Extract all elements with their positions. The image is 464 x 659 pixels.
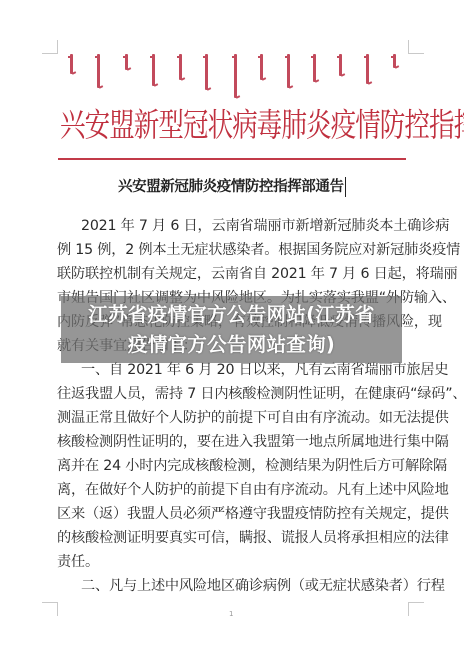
letterhead-red-rule <box>58 158 406 160</box>
mongolian-script-letterhead <box>0 54 464 102</box>
mongolian-word <box>70 54 73 74</box>
mongolian-word <box>313 54 316 82</box>
mongolian-word <box>260 54 263 80</box>
page-corner-mark-top-left <box>42 40 58 54</box>
body-line: 离，在做好个人防护的前提下自由有序流动。凡有上述中风险地 <box>57 479 409 501</box>
caption-overlay: 江苏省疫情官方公告网站(江苏省 疫情官方公告网站查询) <box>61 296 402 363</box>
mongolian-word <box>366 54 369 84</box>
body-line: 往返我盟人员，需持 7 日内核酸检测阴性证明，在健康码“绿码”、 <box>57 383 409 405</box>
body-line: 的核酸检测证明要真实可信，瞒报、谎报人员将承担相应的法律 <box>57 527 409 549</box>
mongolian-word <box>339 54 342 76</box>
letterhead-title: 兴安盟新型冠状病毒肺炎疫情防控指挥部 <box>60 98 406 154</box>
body-line: 2021 年 7 月 6 日，云南省瑞丽市新增新冠肺炎本土确诊病 <box>81 215 409 237</box>
mongolian-word <box>393 54 396 68</box>
body-line: 区来（返）我盟人员必须严格遵守我盟疫情防控有关规定，提供 <box>57 503 409 525</box>
body-line: 责任。 <box>57 551 409 573</box>
page-number: 1 <box>229 610 233 618</box>
caption-line-2: 疫情官方公告网站查询) <box>61 330 402 360</box>
page-corner-mark-top-right <box>408 40 424 54</box>
body-line: 二、凡与上述中风险地区确诊病例（或无症状感染者）行程 <box>81 575 409 597</box>
body-line: 测温正常且做好个人防护的前提下可自由有序流动。如无法提供 <box>57 407 409 429</box>
mongolian-word <box>205 54 208 90</box>
mongolian-word <box>152 54 155 86</box>
mongolian-word <box>234 54 237 98</box>
text-cursor <box>345 177 346 197</box>
caption-line-1: 江苏省疫情官方公告网站(江苏省 <box>61 300 402 330</box>
mongolian-word <box>125 54 128 70</box>
body-line: 核酸检测阴性证明的，要在进入我盟第一地点所属地进行集中隔 <box>57 431 409 453</box>
mongolian-word <box>179 54 182 80</box>
page-corner-mark-bottom-left <box>42 602 58 616</box>
body-line: 例 15 例，2 例本土无症状感染者。根据国务院应对新冠肺炎疫情 <box>57 239 409 261</box>
body-line: 离并在 24 小时内完成核酸检测，检测结果为阴性后方可解除隔 <box>57 455 409 477</box>
mongolian-word <box>97 54 100 88</box>
notice-title: 兴安盟新冠肺炎疫情防控指挥部通告 <box>118 176 348 198</box>
mongolian-word <box>287 54 290 88</box>
page-corner-mark-bottom-right <box>408 602 424 616</box>
body-line: 联防联控机制有关规定，云南省自 2021 年 7 月 6 日起，将瑞丽 <box>57 263 409 285</box>
